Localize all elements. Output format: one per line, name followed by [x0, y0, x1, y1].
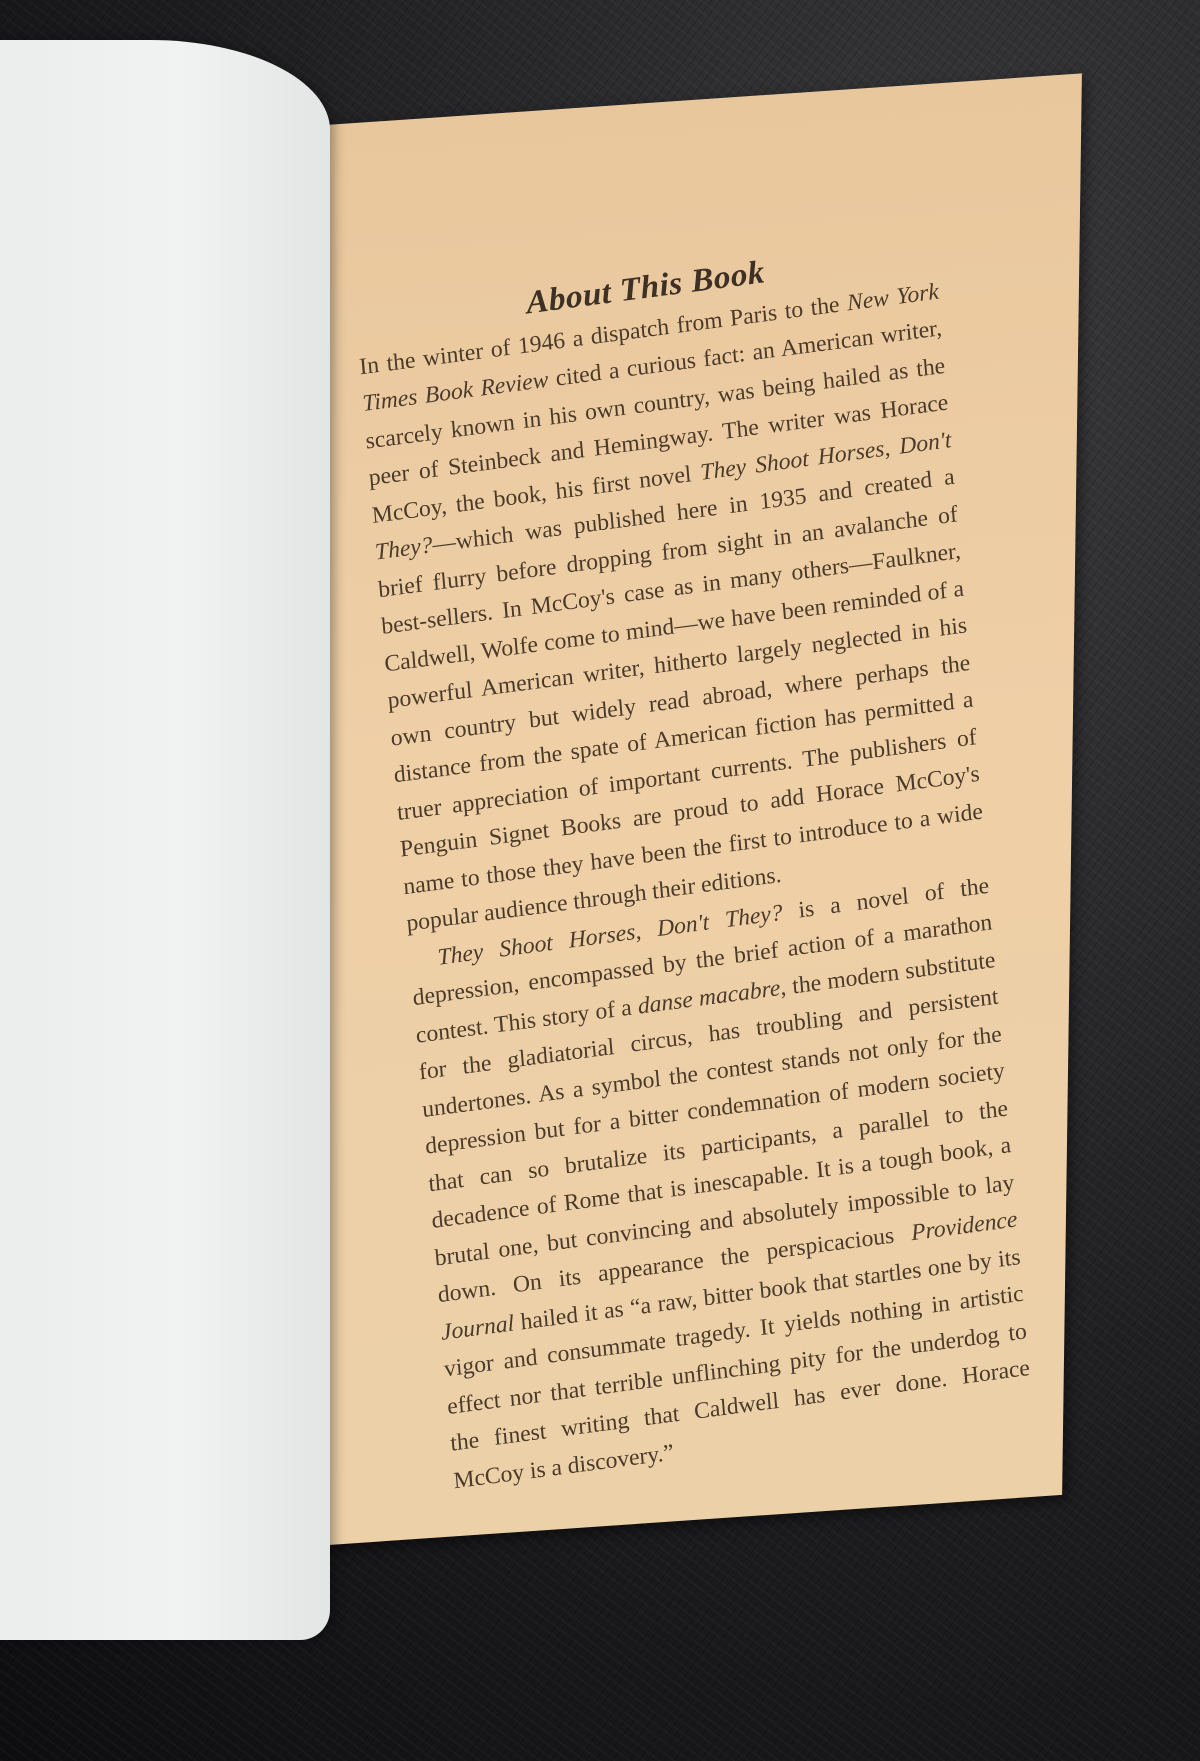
- paragraph-2: They Shoot Horses, Don't They? is a nove…: [408, 867, 1034, 1500]
- paragraph-1: In the winter of 1946 a dispatch from Pa…: [358, 273, 988, 943]
- foreign-phrase: danse macabre: [637, 975, 781, 1019]
- right-book-page: About This Book In the winter of 1946 a …: [262, 73, 1082, 1549]
- page-text-block: About This Book In the winter of 1946 a …: [354, 232, 1034, 1500]
- text-segment: —which was published here in 1935 and cr…: [377, 464, 984, 937]
- left-blank-page: [0, 40, 330, 1640]
